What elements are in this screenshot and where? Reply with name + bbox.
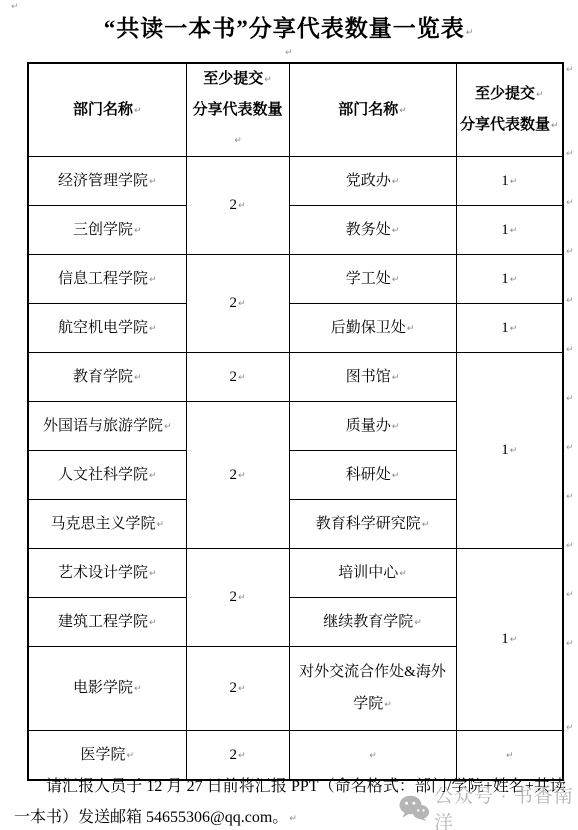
paragraph-mark: ↵	[384, 700, 392, 710]
dept-cell: 培训中心↵	[289, 549, 456, 598]
paragraph-mark: ↵	[466, 28, 475, 38]
paragraph-mark: ↵	[551, 121, 559, 131]
header-min-left: 至少提交↵ 分享代表数量↵	[186, 63, 289, 157]
dept-cell: 建筑工程学院↵	[28, 598, 186, 647]
paragraph-mark: ↵	[510, 324, 518, 334]
end-of-row-mark: ↵	[566, 66, 574, 75]
end-of-row-mark: ↵	[566, 542, 574, 551]
paragraph-mark: ↵	[149, 324, 157, 334]
table-row: 教育学院↵ 2↵ 图书馆↵ 1↵	[28, 353, 563, 402]
paragraph-mark: ↵	[407, 324, 415, 334]
paragraph-mark: ↵	[285, 49, 293, 58]
count-cell: 1↵	[456, 549, 563, 731]
paragraph-mark: ↵	[392, 226, 400, 236]
paragraph-mark: ↵	[134, 106, 142, 116]
paragraph-mark: ↵	[414, 618, 422, 628]
dept-cell: 人文社科学院↵	[28, 451, 186, 500]
dept-cell: 教育科学研究院↵	[289, 500, 456, 549]
paragraph-mark: ↵	[392, 471, 400, 481]
paragraph-mark: ↵	[149, 569, 157, 579]
dept-cell: 经济管理学院↵	[28, 157, 186, 206]
header-dept-right: 部门名称↵	[289, 63, 456, 157]
dept-cell: 马克思主义学院↵	[28, 500, 186, 549]
table-row: 艺术设计学院↵ 2↵ 培训中心↵ 1↵	[28, 549, 563, 598]
paragraph-mark: ↵	[264, 75, 272, 85]
dept-cell: 外国语与旅游学院↵	[28, 402, 186, 451]
dept-cell: 后勤保卫处↵	[289, 304, 456, 353]
table-row: 三创学院↵ 教务处↵ 1↵	[28, 206, 563, 255]
end-of-row-mark: ↵	[566, 444, 574, 453]
paragraph-mark: ↵	[399, 569, 407, 579]
paragraph-mark: ↵	[126, 751, 134, 761]
paragraph-mark: ↵	[149, 177, 157, 187]
paragraph-mark: ↵	[369, 751, 377, 761]
header-min-right: 至少提交↵ 分享代表数量↵	[456, 63, 563, 157]
end-of-row-mark: ↵	[566, 150, 574, 159]
dept-cell: 图书馆↵	[289, 353, 456, 402]
paragraph-mark: ↵	[238, 684, 246, 694]
paragraph-mark: ↵	[399, 106, 407, 116]
end-of-row-mark: ↵	[566, 297, 574, 306]
end-of-row-mark: ↵	[566, 395, 574, 404]
count-cell: 1↵	[456, 255, 563, 304]
dept-cell: 学工处↵	[289, 255, 456, 304]
dept-cell: 三创学院↵	[28, 206, 186, 255]
paragraph-mark: ↵	[238, 593, 246, 603]
paragraph-mark: ↵	[238, 751, 246, 761]
paragraph-mark: ↵	[234, 136, 242, 146]
paragraph-mark: ↵	[510, 177, 518, 187]
count-cell: 2↵	[186, 402, 289, 549]
end-of-row-mark: ↵	[566, 724, 574, 733]
table-row: 信息工程学院↵ 2↵ 学工处↵ 1↵	[28, 255, 563, 304]
dept-cell: 艺术设计学院↵	[28, 549, 186, 598]
paragraph-mark: ↵	[422, 520, 430, 530]
count-cell: 1↵	[456, 157, 563, 206]
paragraph-mark: ↵	[156, 520, 164, 530]
paragraph-mark: ↵	[134, 226, 142, 236]
paragraph-mark: ↵	[134, 373, 142, 383]
paragraph-mark: ↵	[392, 177, 400, 187]
paragraph-mark: ↵	[238, 471, 246, 481]
dept-cell: 对外交流合作处&海外学院↵	[289, 647, 456, 731]
paragraph-mark: ↵	[149, 275, 157, 285]
dept-cell: 科研处↵	[289, 451, 456, 500]
count-cell: 1↵	[456, 206, 563, 255]
paragraph-mark: ↵	[149, 471, 157, 481]
paragraph-mark: ↵	[392, 422, 400, 432]
paragraph-mark: ↵	[510, 226, 518, 236]
end-of-row-mark: ↵	[566, 591, 574, 600]
end-of-row-mark: ↵	[566, 640, 574, 649]
dept-cell: 电影学院↵	[28, 647, 186, 731]
paragraph-mark: ↵	[536, 90, 544, 100]
end-of-row-mark: ↵	[566, 199, 574, 208]
header-dept-left: 部门名称↵	[28, 63, 186, 157]
dept-cell: 继续教育学院↵	[289, 598, 456, 647]
count-cell: 2↵	[186, 647, 289, 731]
end-of-row-mark: ↵	[566, 493, 574, 502]
dept-cell: 教育学院↵	[28, 353, 186, 402]
paragraph-mark: ↵	[506, 751, 514, 761]
paragraph-mark: ↵	[510, 275, 518, 285]
dept-cell: 党政办↵	[289, 157, 456, 206]
table-row: 经济管理学院↵ 2↵ 党政办↵ 1↵	[28, 157, 563, 206]
count-cell: 1↵	[456, 353, 563, 549]
paragraph-mark: ↵	[134, 684, 142, 694]
count-cell: 2↵	[186, 549, 289, 647]
count-cell: 2↵	[186, 255, 289, 353]
page-title: “共读一本书”分享代表数量一览表↵	[0, 10, 578, 43]
end-of-row-mark: ↵	[566, 346, 574, 355]
representatives-table: 部门名称↵ 至少提交↵ 分享代表数量↵ 部门名称↵ 至少提交↵ 分享代表数量↵ …	[27, 62, 564, 781]
paragraph-mark: ↵	[238, 373, 246, 383]
paragraph-mark: ↵	[510, 635, 518, 645]
footer-note: 请汇报人员于 12 月 27 日前将汇报 PPT（命名格式：部门/学院+姓名+共…	[14, 771, 566, 830]
paragraph-mark: ↵	[149, 618, 157, 628]
dept-cell: 教务处↵	[289, 206, 456, 255]
count-cell: 1↵	[456, 304, 563, 353]
table-row: 航空机电学院↵ 后勤保卫处↵ 1↵	[28, 304, 563, 353]
dept-cell: 质量办↵	[289, 402, 456, 451]
paragraph-mark: ↵	[164, 422, 172, 432]
dept-cell: 航空机电学院↵	[28, 304, 186, 353]
dept-cell: 信息工程学院↵	[28, 255, 186, 304]
count-cell: 2↵	[186, 353, 289, 402]
count-cell: 2↵	[186, 157, 289, 255]
paragraph-mark: ↵	[238, 201, 246, 211]
paragraph-mark: ↵	[238, 299, 246, 309]
header-row: 部门名称↵ 至少提交↵ 分享代表数量↵ 部门名称↵ 至少提交↵ 分享代表数量↵	[28, 63, 563, 157]
paragraph-mark: ↵	[392, 275, 400, 285]
end-of-row-mark: ↵	[566, 248, 574, 257]
paragraph-mark: ↵	[392, 373, 400, 383]
paragraph-mark: ↵	[510, 446, 518, 456]
paragraph-mark: ↵	[289, 814, 297, 824]
